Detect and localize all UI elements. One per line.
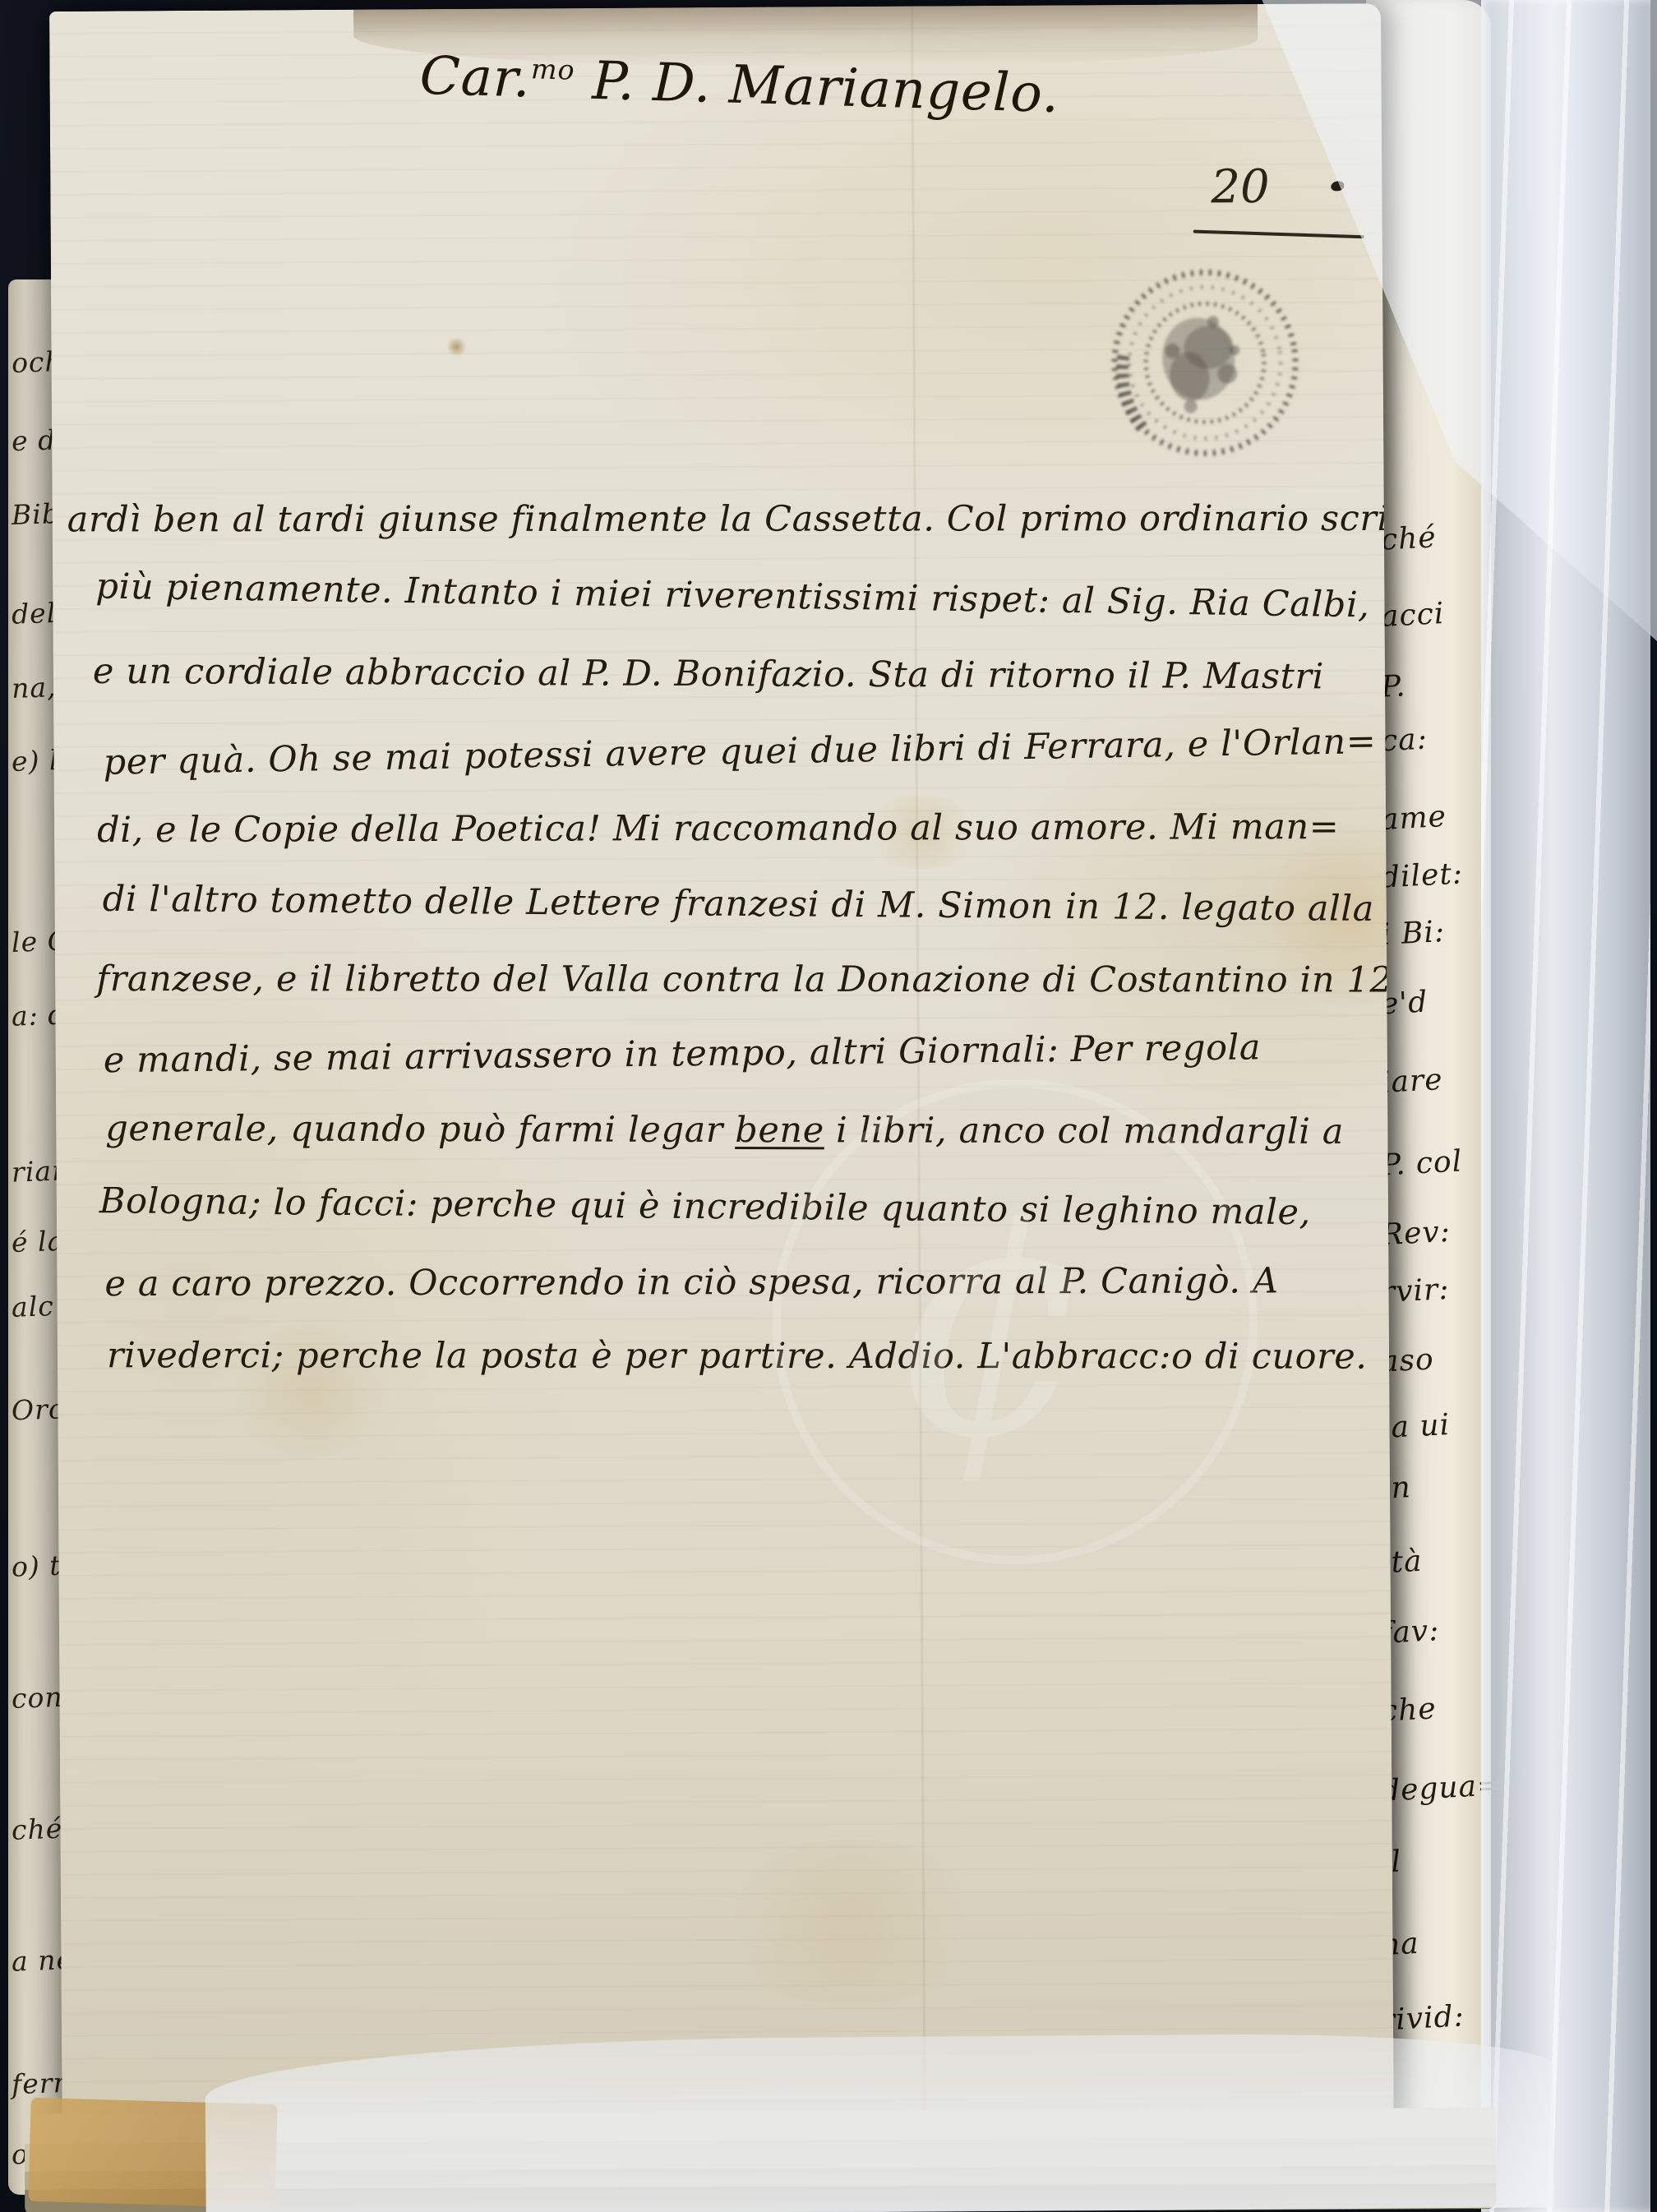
right-edge-text-fragment: e'd [1380,986,1429,1022]
manuscript-photograph: ochi bie del MBibliotdella narna, che me… [0,0,1657,2212]
line-text: ardì ben al tardi giunse finalmente la C… [67,498,1394,540]
right-edge-text-fragment: dilet: [1380,857,1464,894]
right-edge-text-fragment: ché [1380,520,1438,556]
salutation-superscript: mo [531,53,576,86]
page-number: 20 [1211,160,1270,214]
line-text: franzese, e il libretto del Valla contra… [96,958,1394,1000]
manuscript-line: ardì ben al tardi giunse finalmente la C… [67,498,1394,540]
tissue-paper-bottom [205,2032,1553,2212]
round-library-stamp-icon [1088,244,1322,478]
ink-stain [445,338,467,356]
right-edge-text-fragment: i Bi: [1380,915,1446,952]
right-edge-text-fragment: rvir: [1380,1272,1450,1309]
watermark-glyph: ¢ [886,1128,1097,1512]
left-edge-text-fragment: alc [11,1290,54,1323]
right-edge-text-fragment: Rev: [1380,1215,1452,1252]
right-edge-text-fragment: P. col [1380,1144,1463,1182]
right-edge-text-fragment: iare [1380,1063,1444,1100]
right-edge-text-fragment: acci [1380,597,1445,634]
line-text: generale, quando può farmi legar [105,1108,735,1151]
digitization-watermark-icon: ¢ [730,1037,1292,1599]
line-text: e un cordiale abbraccio al P. D. Bonifaz… [93,651,1324,698]
right-edge-text-fragment: la ui [1380,1408,1451,1445]
line-text: di, e le Copie della Poetica! Mi raccoma… [97,806,1339,851]
manuscript-page: Car.mo P. D. Mariangelo. 20 [49,3,1394,2149]
salutation-prefix: Car. [419,46,532,110]
right-edge-text-fragment: ca: [1380,723,1429,759]
right-edge-text-fragment: ame [1380,800,1447,837]
manuscript-line: franzese, e il libretto del Valla contra… [96,958,1394,1000]
manuscript-line: di, e le Copie della Poetica! Mi raccoma… [97,806,1339,851]
tissue-fold-highlights [1481,0,1650,2212]
manuscript-line: e un cordiale abbraccio al P. D. Bonifaz… [93,651,1324,698]
